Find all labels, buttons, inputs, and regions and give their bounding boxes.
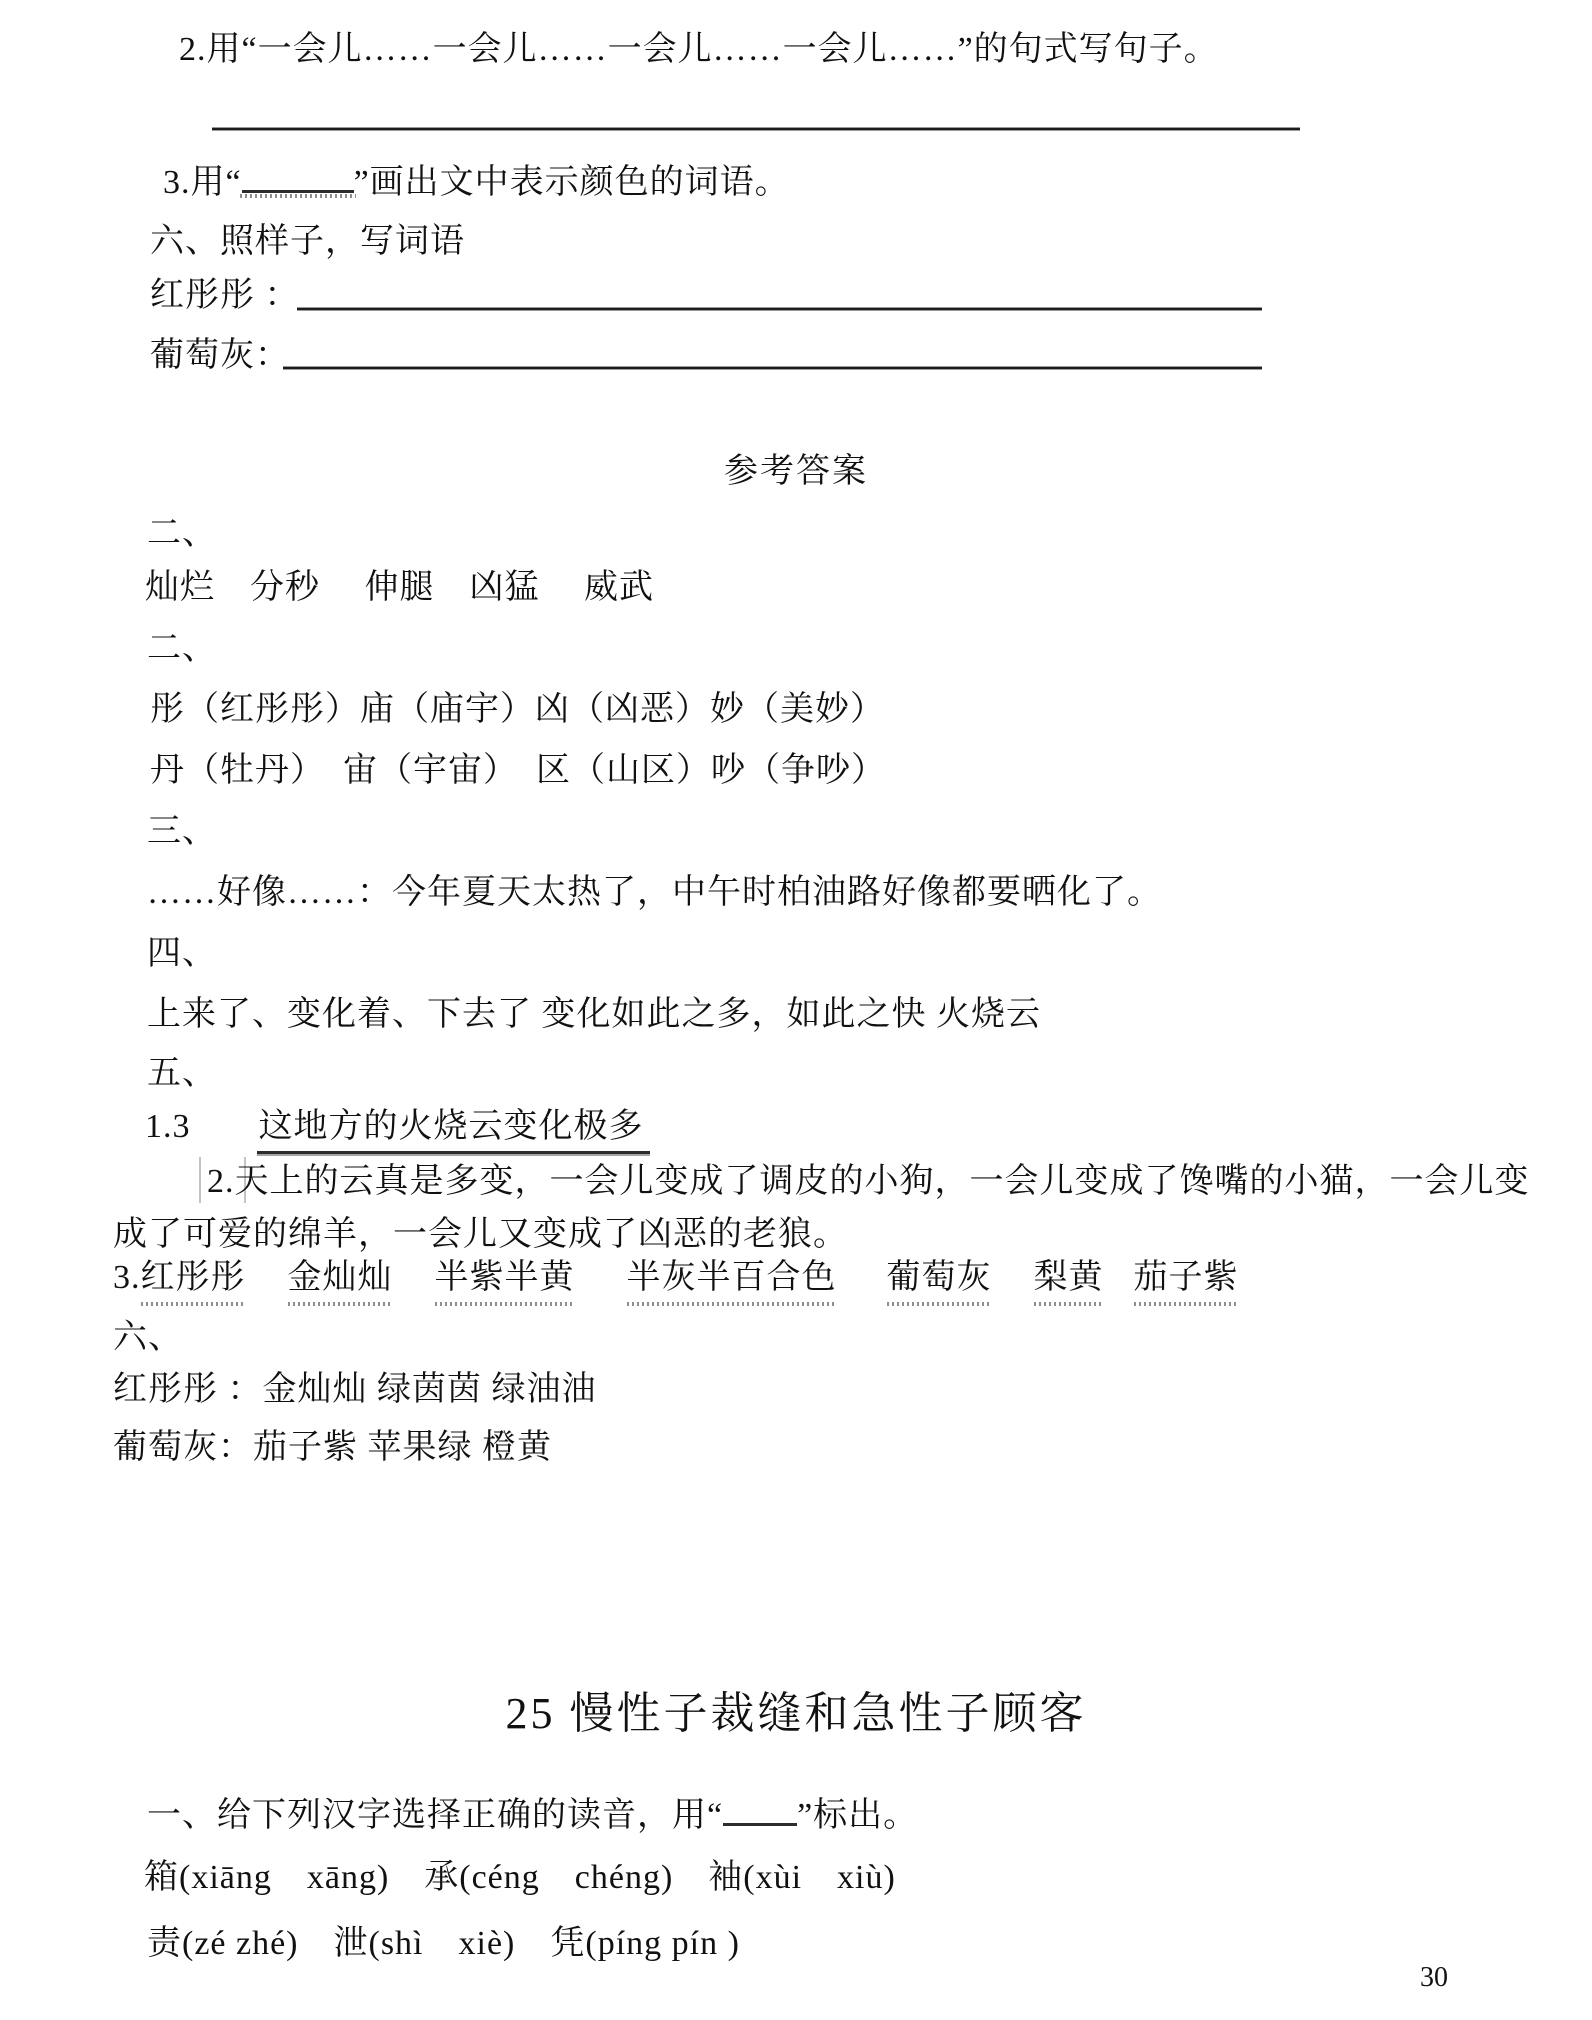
answer-s5-label: 五、 — [147, 1054, 217, 1094]
fill-label-putaohui: 葡萄灰： — [150, 336, 290, 376]
color-word-1: 红彤彤 — [141, 1258, 246, 1298]
answer-blank-rule-q2 — [212, 127, 1300, 131]
wavy-line-blank — [242, 160, 354, 193]
cursor-artifact-left — [199, 1157, 201, 1203]
fill-rule-putaohui — [283, 366, 1262, 370]
answer-s4-text: 上来了、变化着、下去了 变化如此之多，如此之快 火烧云 — [147, 995, 1041, 1035]
answer-s2-line1: 彤（红彤彤）庙（庙宇）凶（凶恶）妙（美妙） — [150, 690, 885, 730]
question-3-before: 3.用“ — [163, 164, 242, 201]
answer-s3-text: ……好像……：今年夏天太热了，中午时柏油路好像都要晒化了。 — [147, 873, 1162, 913]
answer-s6-label: 六、 — [113, 1318, 183, 1358]
color-word-3: 半紫半黄 — [435, 1258, 575, 1298]
lesson25-q1-after: ”标出。 — [797, 1797, 918, 1834]
question-3-after: ”画出文中表示颜色的词语。 — [354, 164, 790, 201]
answer-s5-item1: 1.3这地方的火烧云变化极多 — [145, 1107, 650, 1154]
color-word-2: 金灿灿 — [288, 1258, 393, 1298]
answer-s3-label: 三、 — [147, 812, 217, 852]
lesson25-question-1: 一、给下列汉字选择正确的读音，用“”标出。 — [147, 1793, 918, 1836]
color-word-5: 葡萄灰 — [887, 1258, 992, 1298]
answer-s4-label: 四、 — [147, 934, 217, 974]
answer-s6-line2: 葡萄灰：茄子紫 苹果绿 橙黄 — [113, 1428, 552, 1468]
underline-blank — [723, 1793, 797, 1826]
answer-s5-item3-number: 3. — [113, 1259, 141, 1296]
lesson25-pinyin-row2: 责(zé zhé) 泄(shì xiè) 凭(píng pín ) — [147, 1924, 740, 1964]
answers-title: 参考答案 — [0, 452, 1592, 492]
lesson25-pinyin-row1: 箱(xiāng xāng) 承(céng chéng) 袖(xùi xiù) — [144, 1858, 896, 1898]
fill-label-hongtongtong: 红彤彤 ： — [150, 276, 300, 316]
question-2-text: 2.用“一会儿……一会儿……一会儿……一会儿……”的句式写句子。 — [179, 30, 1219, 70]
color-word-6: 梨黄 — [1034, 1258, 1104, 1298]
lesson-25-title: 25 慢性子裁缝和急性子顾客 — [0, 1688, 1592, 1740]
answer-s5-item1-number: 1.3 — [145, 1108, 191, 1145]
answer-s1-label: 二、 — [147, 514, 217, 554]
page-number: 30 — [1420, 1958, 1448, 1998]
answer-s6-line1: 红彤彤 ：金灿灿 绿茵茵 绿油油 — [113, 1370, 597, 1410]
answer-s5-item2-line2: 成了可爱的绵羊，一会儿又变成了凶恶的老狼。 — [113, 1215, 848, 1255]
answer-s2-line2: 丹（牡丹） 宙（宇宙） 区（山区）吵（争吵） — [150, 751, 886, 791]
color-word-7: 茄子紫 — [1134, 1258, 1239, 1298]
answer-s2-label: 二、 — [147, 629, 217, 669]
answer-s5-item2-line1: 2.天上的云真是多变，一会儿变成了调皮的小狗，一会儿变成了馋嘴的小猫，一会儿变 — [207, 1162, 1530, 1202]
section-6-header: 六、照样子，写词语 — [150, 222, 465, 262]
worksheet-page: 2.用“一会儿……一会儿……一会儿……一会儿……”的句式写句子。 3.用“”画出… — [0, 0, 1592, 2020]
answer-s5-item3: 3.红彤彤金灿灿半紫半黄半灰半百合色葡萄灰梨黄茄子紫 — [113, 1258, 1239, 1298]
color-word-4: 半灰半百合色 — [627, 1258, 837, 1298]
answer-s1-words: 灿烂 分秒 伸腿 凶猛 威武 — [145, 568, 654, 608]
lesson25-q1-before: 一、给下列汉字选择正确的读音，用“ — [147, 1797, 723, 1834]
answer-s5-item1-underlined: 这地方的火烧云变化极多 — [257, 1107, 650, 1154]
fill-rule-hongtongtong — [297, 307, 1262, 311]
question-3-text: 3.用“”画出文中表示颜色的词语。 — [163, 160, 790, 203]
